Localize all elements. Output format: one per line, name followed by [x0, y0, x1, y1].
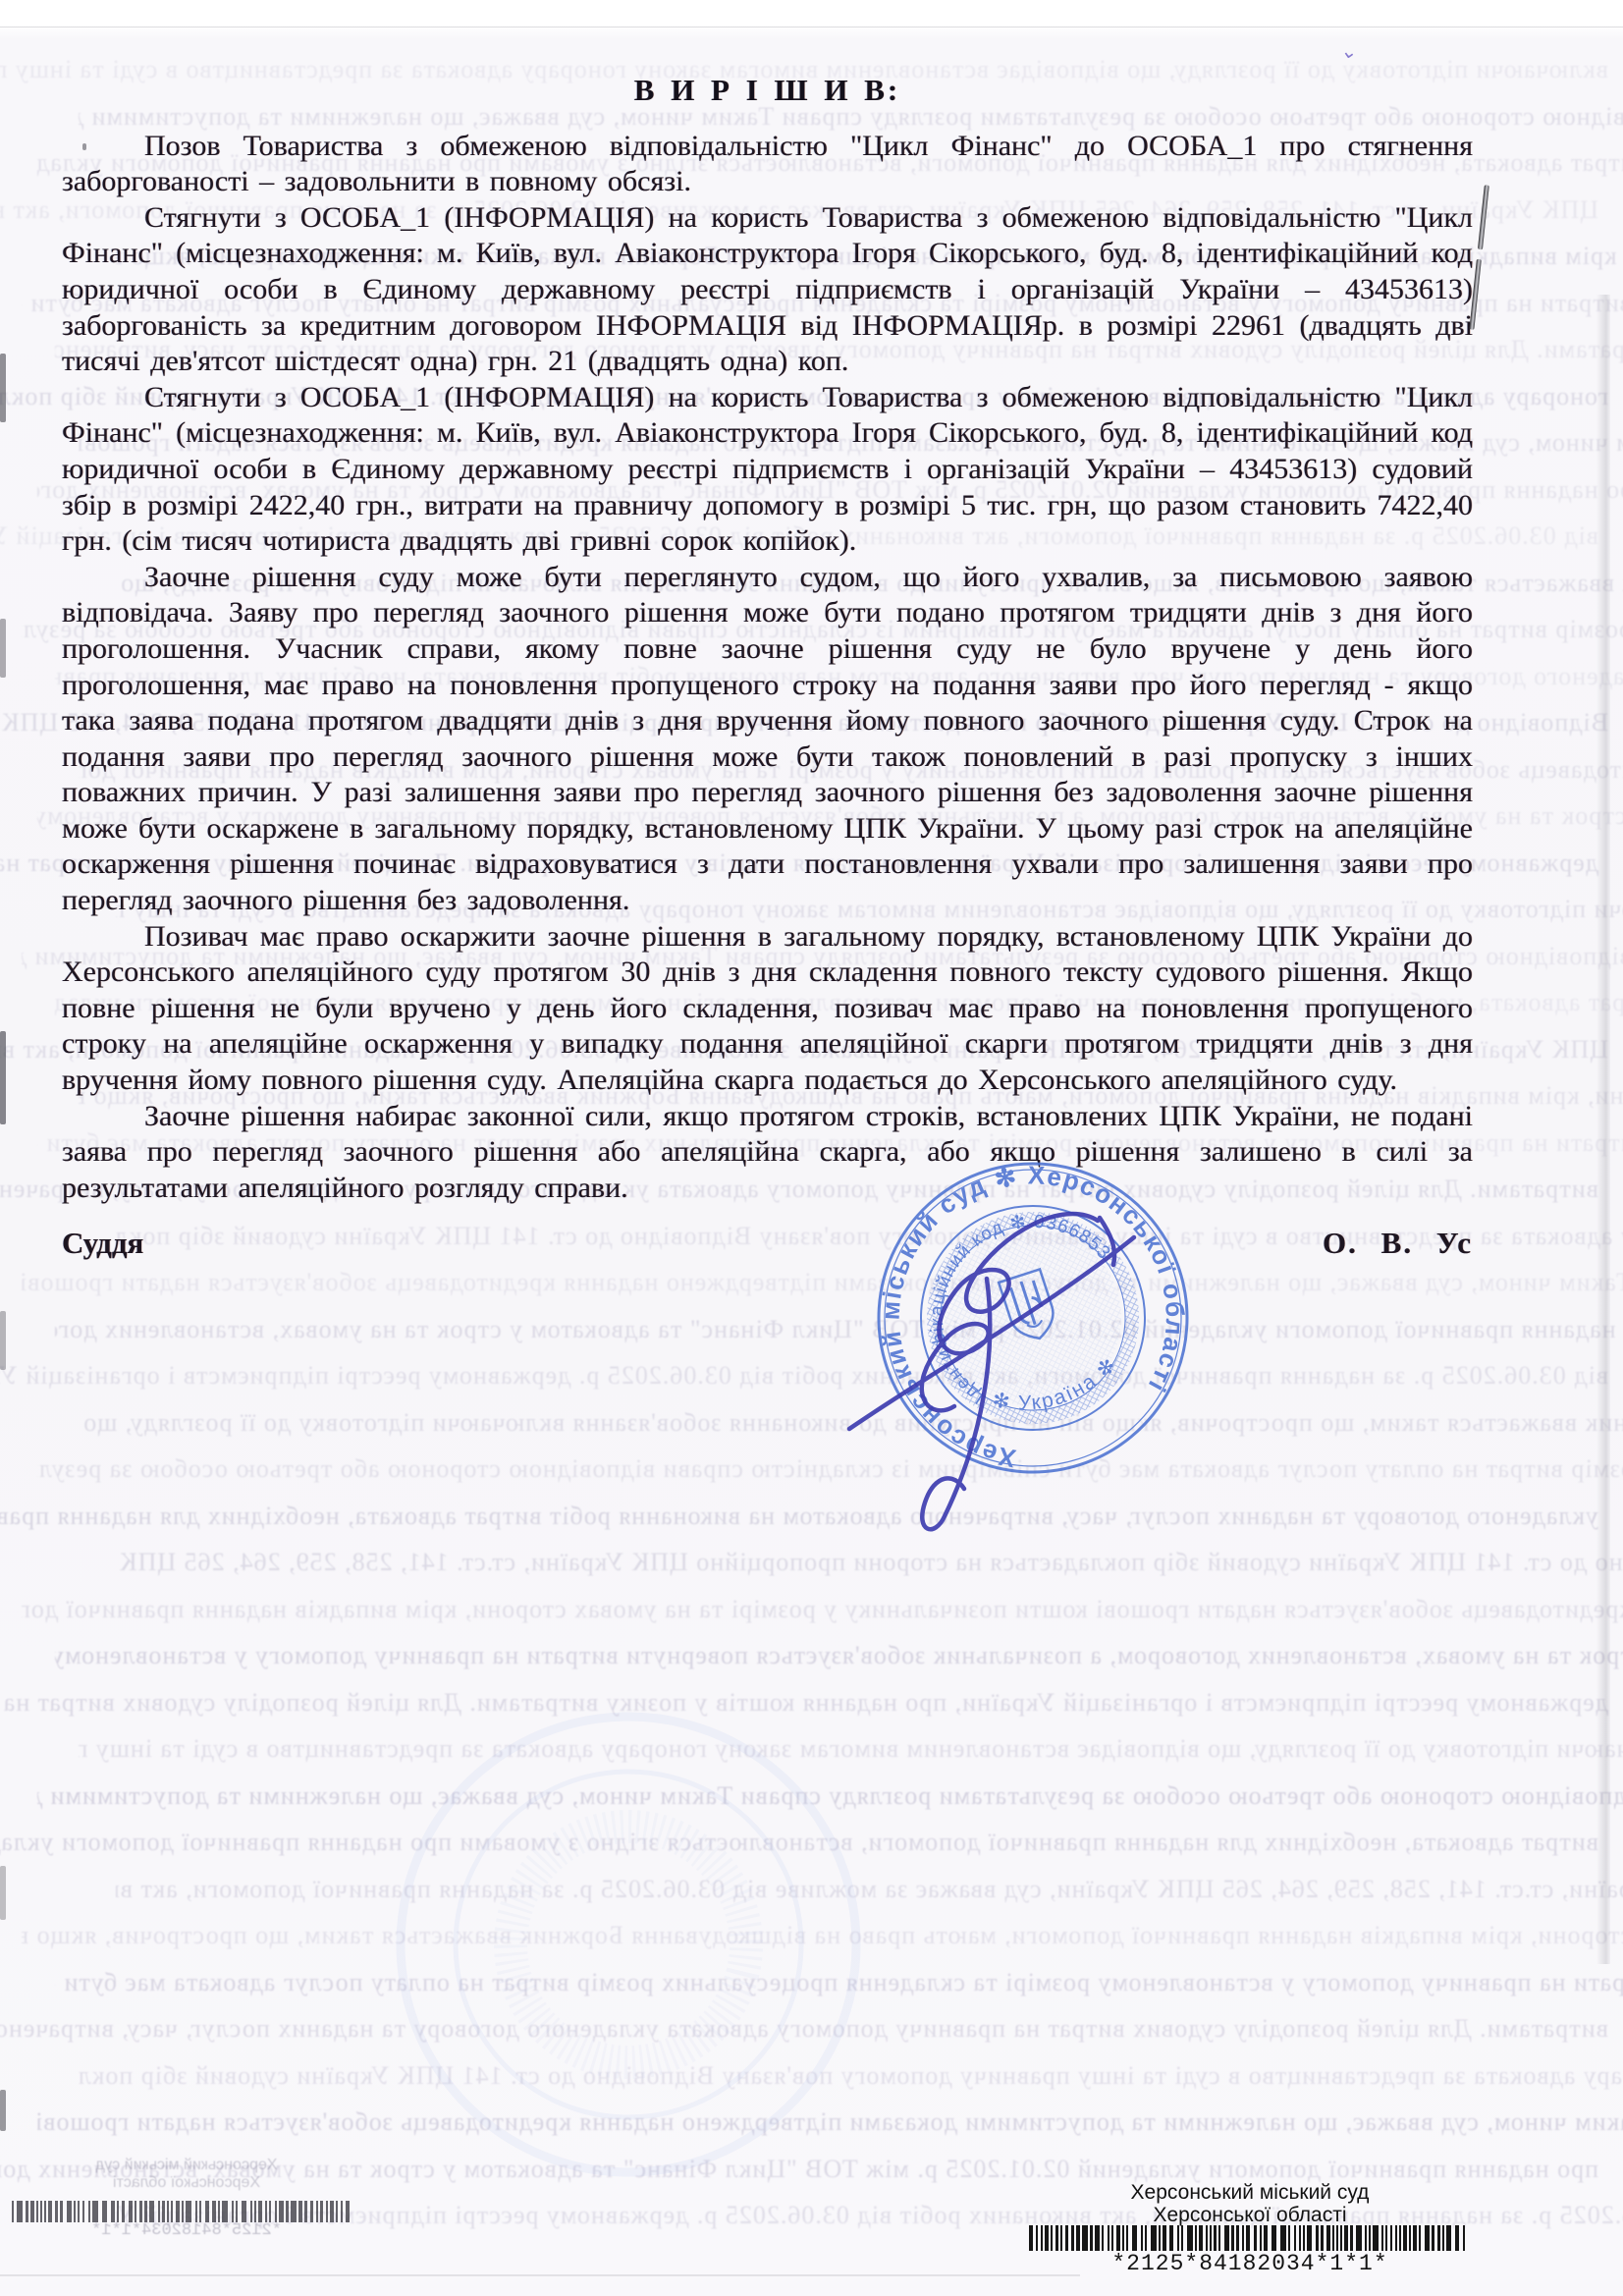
scan-edge-mark	[0, 619, 6, 678]
paper-edge-shadow	[1596, 295, 1610, 1964]
footer-court-name: Херсонський міський суд Херсонської обла…	[1029, 2181, 1471, 2226]
footer-court-line2: Херсонської області	[1029, 2204, 1471, 2226]
footer-court-line1: Херсонський міський суд	[1029, 2181, 1471, 2204]
paragraph-default-judgment-review: Заочне рішення суду може бути переглянут…	[62, 560, 1473, 919]
bleedthrough-barcode-caption: *2125*84182034*1*1*	[59, 2221, 314, 2240]
judge-signature	[805, 1149, 1217, 1581]
scan-edge-mark	[0, 2090, 6, 2131]
pen-tick-artifact: ⌄	[1339, 38, 1360, 66]
signoff-row: Суддя О. В. Ус	[62, 1226, 1473, 1261]
paragraph-claim-granted: Позов Товариства з обмеженою відповідаль…	[62, 129, 1473, 200]
bleedthrough-barcode	[8, 2201, 350, 2222]
scan-bottom-streak	[0, 2274, 1080, 2276]
scan-edge-mark	[0, 1031, 6, 1124]
decision-title: В И Р І Ш И В:	[62, 73, 1473, 109]
barcode-caption: *2125*84182034*1*1*	[1029, 2251, 1471, 2276]
ink-speck	[82, 143, 86, 150]
scan-edge-mark	[0, 1866, 6, 1920]
decision-body: В И Р І Ш И В: Позов Товариства з обмеже…	[62, 73, 1473, 1206]
paragraph-legal-force: Заочне рішення набирає законної сили, як…	[62, 1099, 1473, 1207]
judge-role-label: Суддя	[62, 1226, 143, 1261]
paragraph-appeal-rights: Позивач має право оскаржити заочне рішен…	[62, 919, 1473, 1099]
scan-edge-mark	[0, 1311, 6, 1370]
scan-top-edge	[0, 27, 1623, 27]
judge-name: О. В. Ус	[1323, 1226, 1473, 1261]
scanned-court-decision-page: включаючи підготовку до її розгляду, що …	[0, 0, 1623, 2296]
paragraph-debt-recovery: Стягнути з ОСОБА_1 (ІНФОРМАЦІЯ) на корис…	[62, 200, 1473, 380]
case-barcode	[1029, 2225, 1471, 2251]
bleedthrough-stamp	[383, 1699, 874, 2190]
bleedthrough-court-name: Херсонський міський суд Херсонської обла…	[29, 2157, 344, 2192]
paragraph-court-fees: Стягнути з ОСОБА_1 (ІНФОРМАЦІЯ) на корис…	[62, 380, 1473, 560]
scan-edge-mark	[0, 354, 6, 422]
